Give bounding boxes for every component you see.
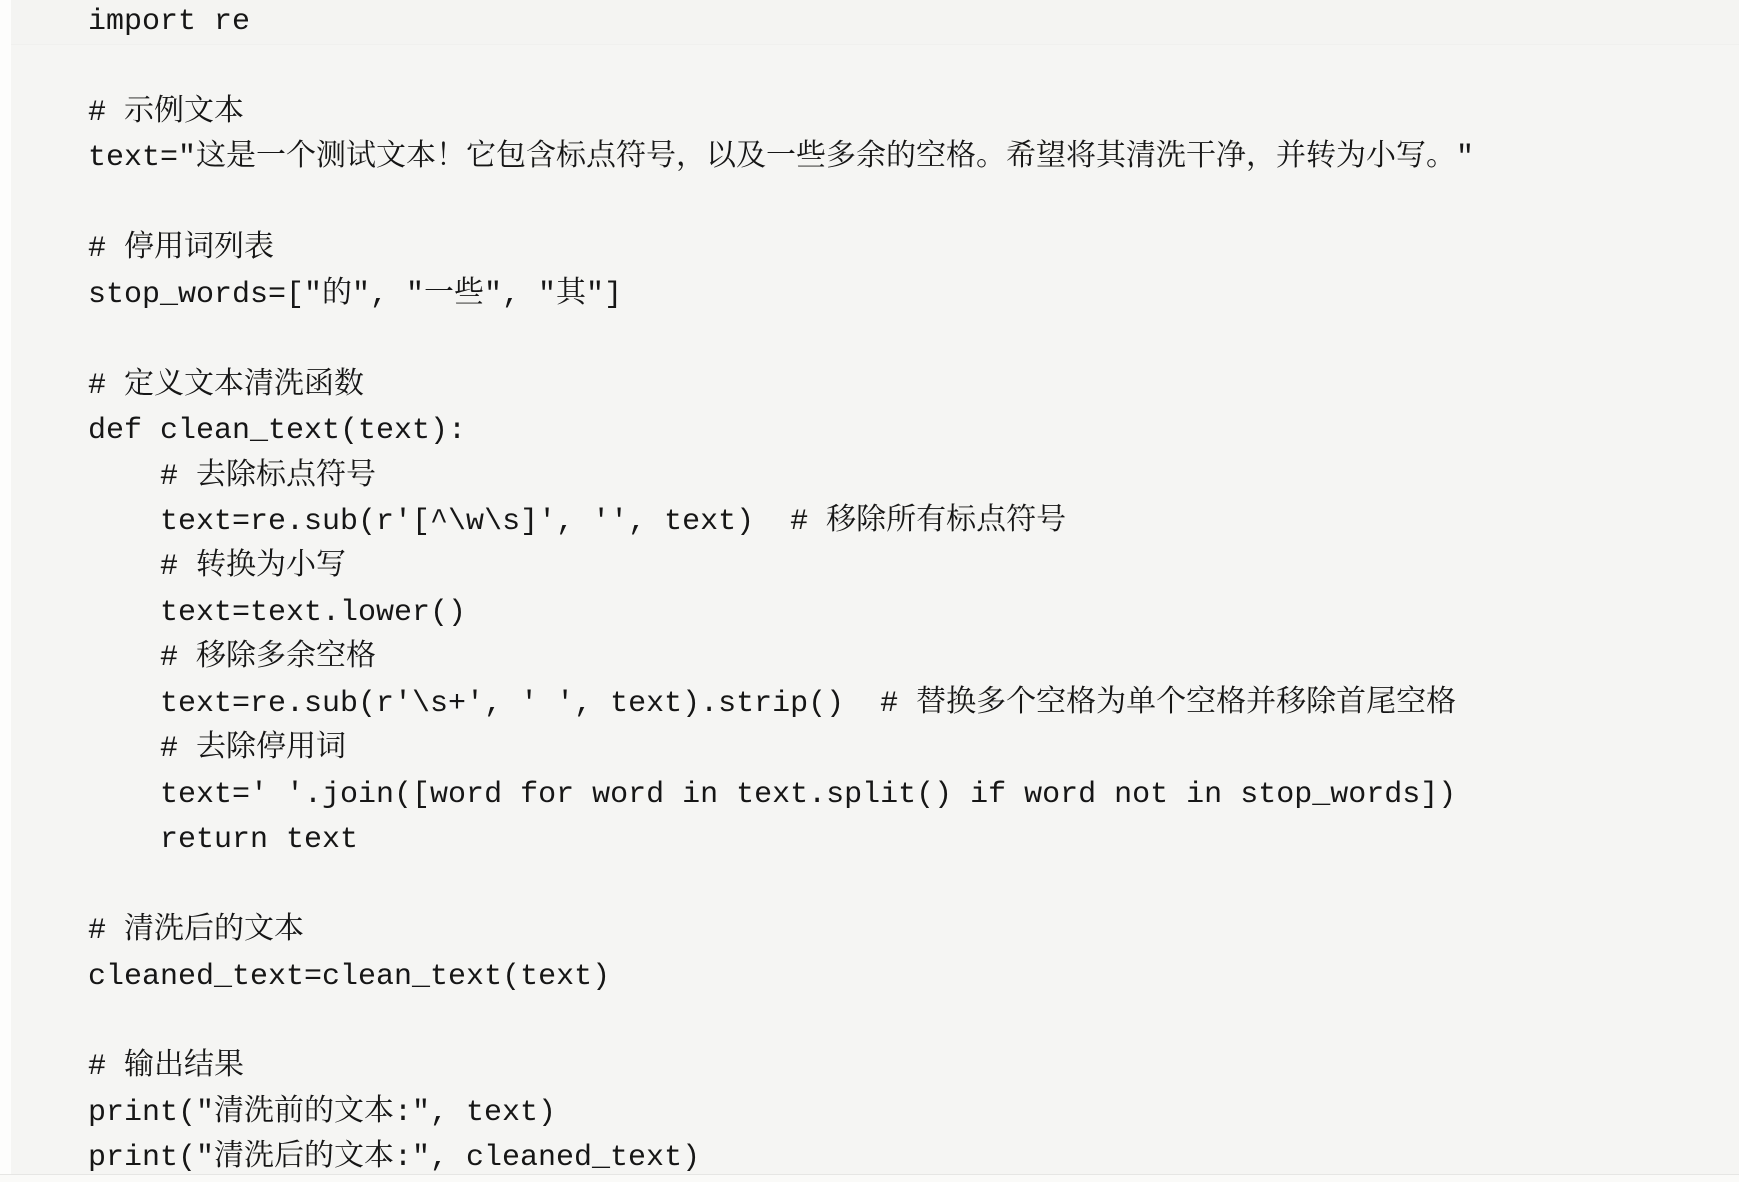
code-line: cleaned_text=clean_text(text): [88, 955, 1474, 1000]
code-line: text=text.lower(): [88, 591, 1474, 636]
code-line: # 移除多余空格: [88, 636, 1474, 681]
left-edge-strip: [0, 0, 11, 1182]
code-line: text=re.sub(r'[^\w\s]', '', text) # 移除所有…: [88, 500, 1474, 545]
code-line: # 去除停用词: [88, 727, 1474, 772]
code-listing: import re# 示例文本text="这是一个测试文本！它包含标点符号，以及…: [88, 0, 1474, 1182]
code-line: # 停用词列表: [88, 227, 1474, 272]
bottom-edge-strip: [0, 1174, 1739, 1182]
code-line: # 转换为小写: [88, 545, 1474, 590]
code-line: text=' '.join([word for word in text.spl…: [88, 773, 1474, 818]
code-line: stop_words=["的", "一些", "其"]: [88, 273, 1474, 318]
code-line: return text: [88, 818, 1474, 863]
code-line: import re: [88, 0, 1474, 45]
code-line: text="这是一个测试文本！它包含标点符号，以及一些多余的空格。希望将其清洗干…: [88, 136, 1474, 181]
code-line: # 定义文本清洗函数: [88, 364, 1474, 409]
code-line: def clean_text(text):: [88, 409, 1474, 454]
code-line: [88, 182, 1474, 227]
code-line: [88, 864, 1474, 909]
code-line: [88, 1000, 1474, 1045]
code-line: [88, 318, 1474, 363]
code-line: [88, 45, 1474, 90]
code-line: # 去除标点符号: [88, 455, 1474, 500]
document-page: import re# 示例文本text="这是一个测试文本！它包含标点符号，以及…: [0, 0, 1739, 1182]
code-line: # 示例文本: [88, 91, 1474, 136]
code-line: # 输出结果: [88, 1045, 1474, 1090]
code-line: print("清洗前的文本:", text): [88, 1091, 1474, 1136]
code-line: # 清洗后的文本: [88, 909, 1474, 954]
code-line: text=re.sub(r'\s+', ' ', text).strip() #…: [88, 682, 1474, 727]
